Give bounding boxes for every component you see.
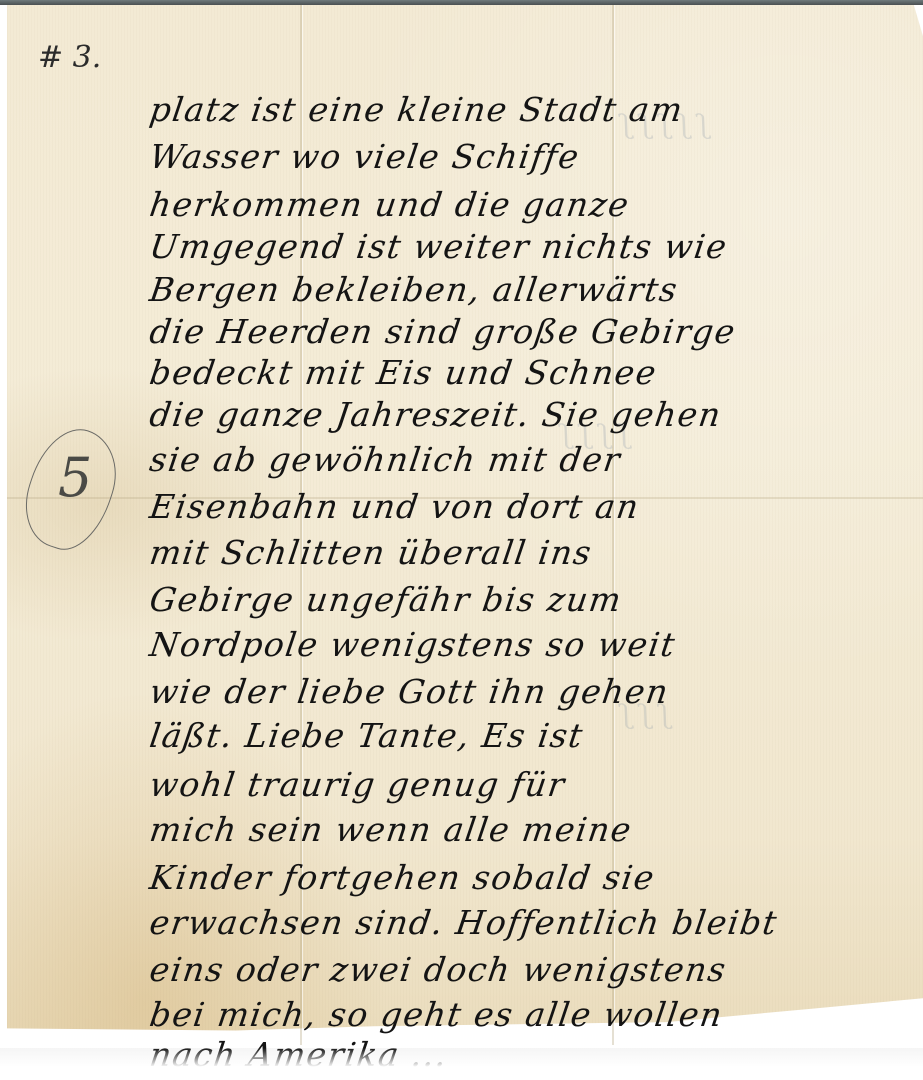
handwritten-line: bedeckt mit Eis und Schnee [147, 353, 659, 392]
page-marker: # 3. [38, 40, 101, 75]
handwritten-line: Bergen bekleiben, allerwärts [147, 270, 681, 309]
handwritten-line: eins oder zwei doch wenigstens [147, 950, 729, 989]
handwritten-line: Wasser wo viele Schiffe [147, 137, 582, 176]
handwritten-line: platz ist eine kleine Stadt am [147, 90, 686, 129]
handwritten-line: mich sein wenn alle meine [147, 810, 635, 849]
handwritten-line: Umgegend ist weiter nichts wie [147, 227, 730, 266]
handwritten-line: mit Schlitten überall ins [147, 533, 595, 572]
handwritten-line: läßt. Liebe Tante, Es ist [147, 716, 586, 755]
handwritten-line: bei mich, so geht es alle wollen [147, 995, 725, 1034]
circled-annotation: 5 [58, 446, 92, 509]
handwritten-line: Kinder fortgehen sobald sie [147, 858, 657, 897]
handwritten-line: herkommen und die ganze [147, 185, 632, 224]
handwritten-line: Gebirge ungefähr bis zum [147, 580, 625, 619]
handwritten-line: erwachsen sind. Hoffentlich bleibt [147, 903, 780, 942]
handwritten-line: die Heerden sind große Gebirge [147, 312, 738, 351]
scan-top-border [0, 0, 923, 5]
handwritten-line: wohl traurig genug für [147, 765, 568, 804]
torn-edge [0, 1048, 923, 1080]
handwritten-line: wie der liebe Gott ihn gehen [147, 672, 671, 711]
handwritten-line: Nordpole wenigstens so weit [147, 625, 678, 664]
handwritten-line: die ganze Jahreszeit. Sie gehen [147, 395, 724, 434]
handwritten-line: Eisenbahn und von dort an [147, 487, 642, 526]
handwritten-line: sie ab gewöhnlich mit der [147, 440, 623, 479]
